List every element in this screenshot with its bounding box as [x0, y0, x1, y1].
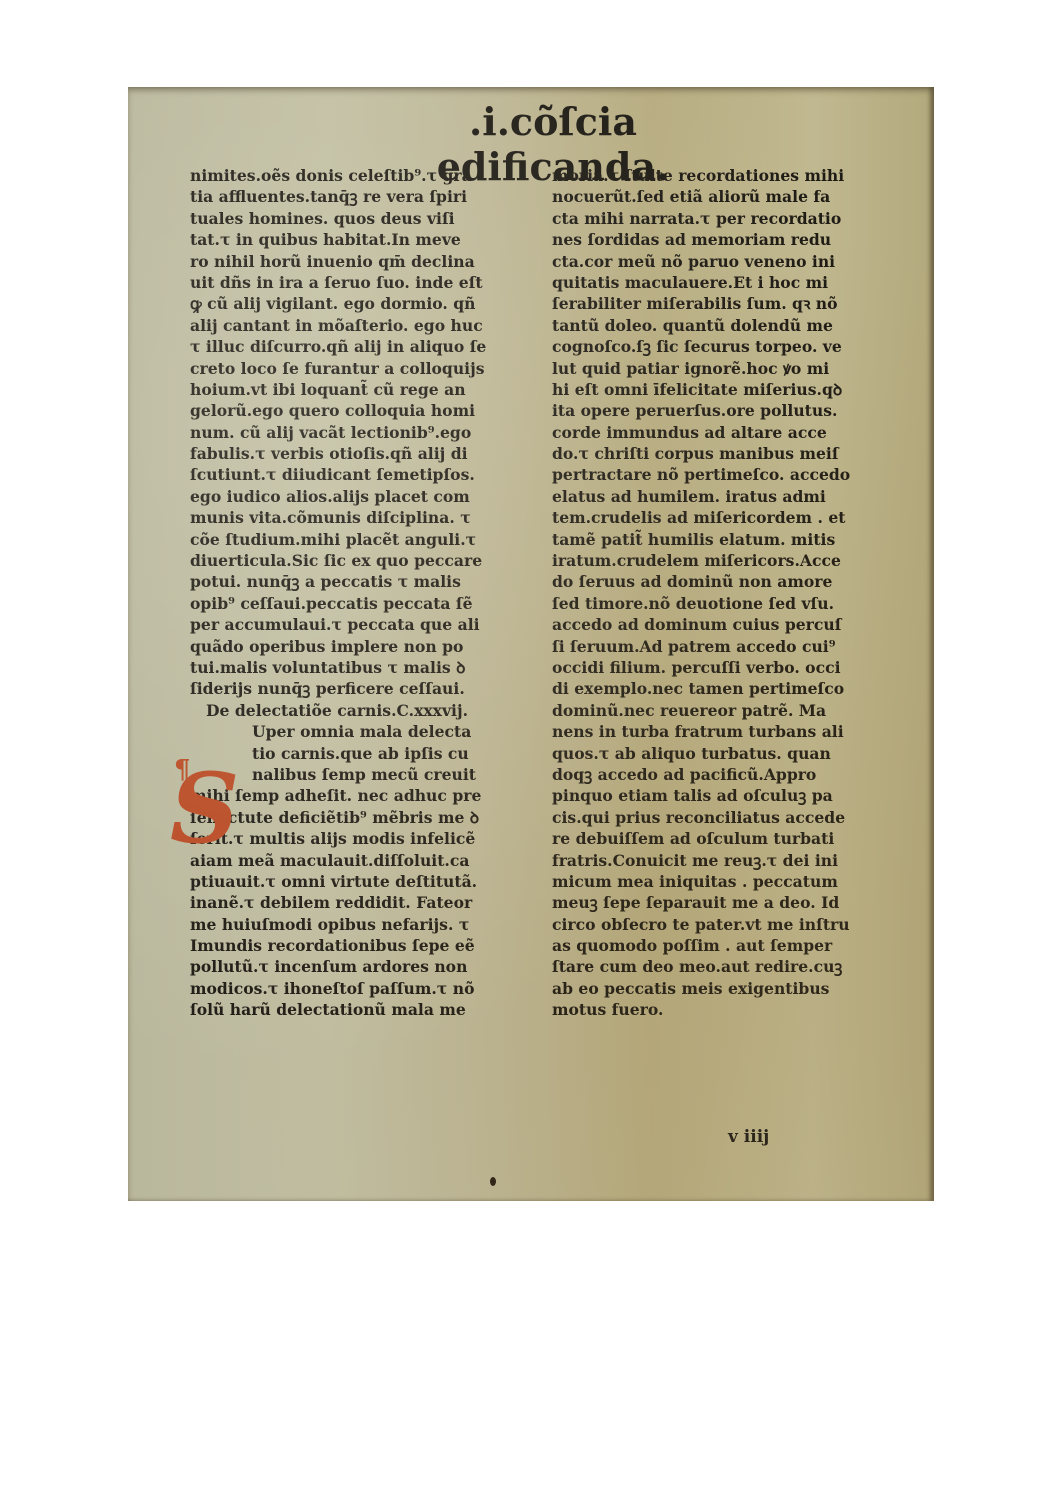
text-line: doqꝫ accedo ad pacificũ.Appro — [552, 764, 892, 785]
text-line: tamẽ patit̃ humilis elatum. mitis — [552, 529, 892, 550]
text-line: meuꝫ ſepe ſeparauit me a deo. Id — [552, 892, 892, 913]
text-line: per accumulaui.τ peccata que ali — [190, 614, 530, 635]
text-line: me huiuſmodi opibus nefarijs. τ — [190, 914, 530, 935]
worm-hole — [490, 1177, 496, 1186]
text-line: ſolũ harũ delectationũ mala me — [190, 999, 530, 1020]
text-line: tuales homines. quos deus viſi — [190, 208, 530, 229]
text-line: cta mihi narrata.τ per recordatio — [552, 208, 892, 229]
text-line: cta.cor meũ nõ paruo veneno ini — [552, 251, 892, 272]
signature-mark: v iiij — [728, 1127, 769, 1147]
text-line: ab eo peccatis meis exigentibus — [552, 978, 892, 999]
text-line: nes ſordidas ad memoriam redu — [552, 229, 892, 250]
text-line: lut quid patiar ignorẽ.hoc ꝟo mi — [552, 358, 892, 379]
text-line: Uper omnia mala delecta — [190, 721, 530, 742]
chapter-heading-text: De delectatiõe carnis.C.xxxvij. — [206, 701, 468, 720]
text-line: creto loco ſe furantur a colloquijs — [190, 358, 530, 379]
text-line: uit dñs in ira a ſeruo ſuo. inde eſt — [190, 272, 530, 293]
text-line: munis vita.cõmunis diſciplina. τ — [190, 507, 530, 528]
text-line: ego iudico alios.alijs placet com — [190, 486, 530, 507]
text-line: do ſeruus ad dominũ non amore — [552, 571, 892, 592]
rubricated-initial: S — [170, 761, 242, 857]
text-line: inanẽ.τ debilem reddidit. Fateor — [190, 892, 530, 913]
text-line: circo obſecro te pater.vt me inſtru — [552, 914, 892, 935]
text-line: modicos.τ ihoneſtoſ paſſum.τ nõ — [190, 978, 530, 999]
text-line: cõe ſtudium.mihi placẽt anguli.τ — [190, 529, 530, 550]
text-line: ro nihil horũ inuenio qm̄ declina — [190, 251, 530, 272]
text-line: iratum.crudelem miſericors.Acce — [552, 550, 892, 571]
text-line: ſi ſeruum.Ad patrem accedo cui⁹ — [552, 636, 892, 657]
text-line: tia affluentes.tanq̄ꝫ re vera ſpiri — [190, 186, 530, 207]
text-line: diuerticula.Sic ſic ex quo peccare — [190, 550, 530, 571]
text-line: tantũ doleo. quantũ dolendũ me — [552, 315, 892, 336]
chapter-heading: De delectatiõe carnis.C.xxxvij. — [190, 700, 530, 721]
text-line: alij cantant in mõaſterio. ego huc — [190, 315, 530, 336]
text-line: re debuiſſem ad oſculum turbati — [552, 828, 892, 849]
text-line: fabulis.τ verbis otioſis.qñ alij di — [190, 443, 530, 464]
text-line: dominũ.nec reuereor patrẽ. Ma — [552, 700, 892, 721]
text-line: τ illuc diſcurro.qñ alij in aliquo ſe — [190, 336, 530, 357]
text-line: as quomodo poſſim . aut ſemper — [552, 935, 892, 956]
text-line: di exemplo.nec tamen pertimeſco — [552, 678, 892, 699]
left-column: nimites.oẽs donis celeſtib⁹.τ gra tia af… — [190, 165, 530, 1021]
right-column: moria.τ ſtulte recordationes mihi nocuer… — [552, 165, 892, 1021]
text-line: ptiuauit.τ omni virtute deſtitutã. — [190, 871, 530, 892]
text-line: opib⁹ ceſſaui.peccatis peccata ſẽ — [190, 593, 530, 614]
text-line: nimites.oẽs donis celeſtib⁹.τ gra — [190, 165, 530, 186]
text-line: nens in turba fratrum turbans ali — [552, 721, 892, 742]
text-line: ꝙ cũ alij vigilant. ego dormio. qñ — [190, 293, 530, 314]
text-line: hi eſt omni īfelicitate miſerius.qꝺ — [552, 379, 892, 400]
text-line: pollutũ.τ incenſum ardores non — [190, 956, 530, 977]
text-line: ita opere peruerſus.ore pollutus. — [552, 400, 892, 421]
text-line: hoium.vt ibi loquant̃ cũ rege an — [190, 379, 530, 400]
text-line: ſerabiliter miſerabilis ſum. qꝛ nõ — [552, 293, 892, 314]
text-line: accedo ad dominum cuius percuſ — [552, 614, 892, 635]
text-line: motus fuero. — [552, 999, 892, 1020]
text-line: cis.qui prius reconciliatus accede — [552, 807, 892, 828]
text-line: quãdo operibus implere non po — [190, 636, 530, 657]
text-line: tat.τ in quibus habitat.In meve — [190, 229, 530, 250]
text-line: moria.τ ſtulte recordationes mihi — [552, 165, 892, 186]
text-line: nocuerũt.ſed etiã aliorũ male fa — [552, 186, 892, 207]
text-line: potui. nunq̄ꝫ a peccatis τ malis — [190, 571, 530, 592]
text-line: num. cũ alij vacãt lectionib⁹.ego — [190, 422, 530, 443]
text-line: elatus ad humilem. iratus admi — [552, 486, 892, 507]
text-line: tem.crudelis ad miſericordem . et — [552, 507, 892, 528]
text-line: quitatis maculauere.Et i hoc mi — [552, 272, 892, 293]
text-line: ſiderijs nunq̄ꝫ perficere ceſſaui. — [190, 678, 530, 699]
text-line: pertractare nõ pertimeſco. accedo — [552, 464, 892, 485]
text-line: pinquo etiam talis ad oſculuꝫ pa — [552, 785, 892, 806]
text-line: gelorũ.ego quero colloquia homi — [190, 400, 530, 421]
text-line: tui.malis voluntatibus τ malis ꝺ — [190, 657, 530, 678]
text-line: Imundis recordationibus ſepe eẽ — [190, 935, 530, 956]
text-line: cognoſco.ſꝫ ſic ſecurus torpeo. ve — [552, 336, 892, 357]
text-line: fratris.Conuicit me reuꝫ.τ dei ini — [552, 850, 892, 871]
text-line: ſed timore.nõ deuotione ſed vſu. — [552, 593, 892, 614]
text-line: occidi filium. percuſſi verbo. occi — [552, 657, 892, 678]
text-line: quos.τ ab aliquo turbatus. quan — [552, 743, 892, 764]
book-page: .i.cõſcia edificanda. nimites.oẽs donis … — [128, 87, 934, 1201]
text-line: corde immundus ad altare acce — [552, 422, 892, 443]
text-line: do.τ chriſti corpus manibus meiſ — [552, 443, 892, 464]
text-line: ſcutiunt.τ diiudicant ſemetipſos. — [190, 464, 530, 485]
text-line: ſtare cum deo meo.aut redire.cuꝫ — [552, 956, 892, 977]
text-line: micum mea iniquitas . peccatum — [552, 871, 892, 892]
